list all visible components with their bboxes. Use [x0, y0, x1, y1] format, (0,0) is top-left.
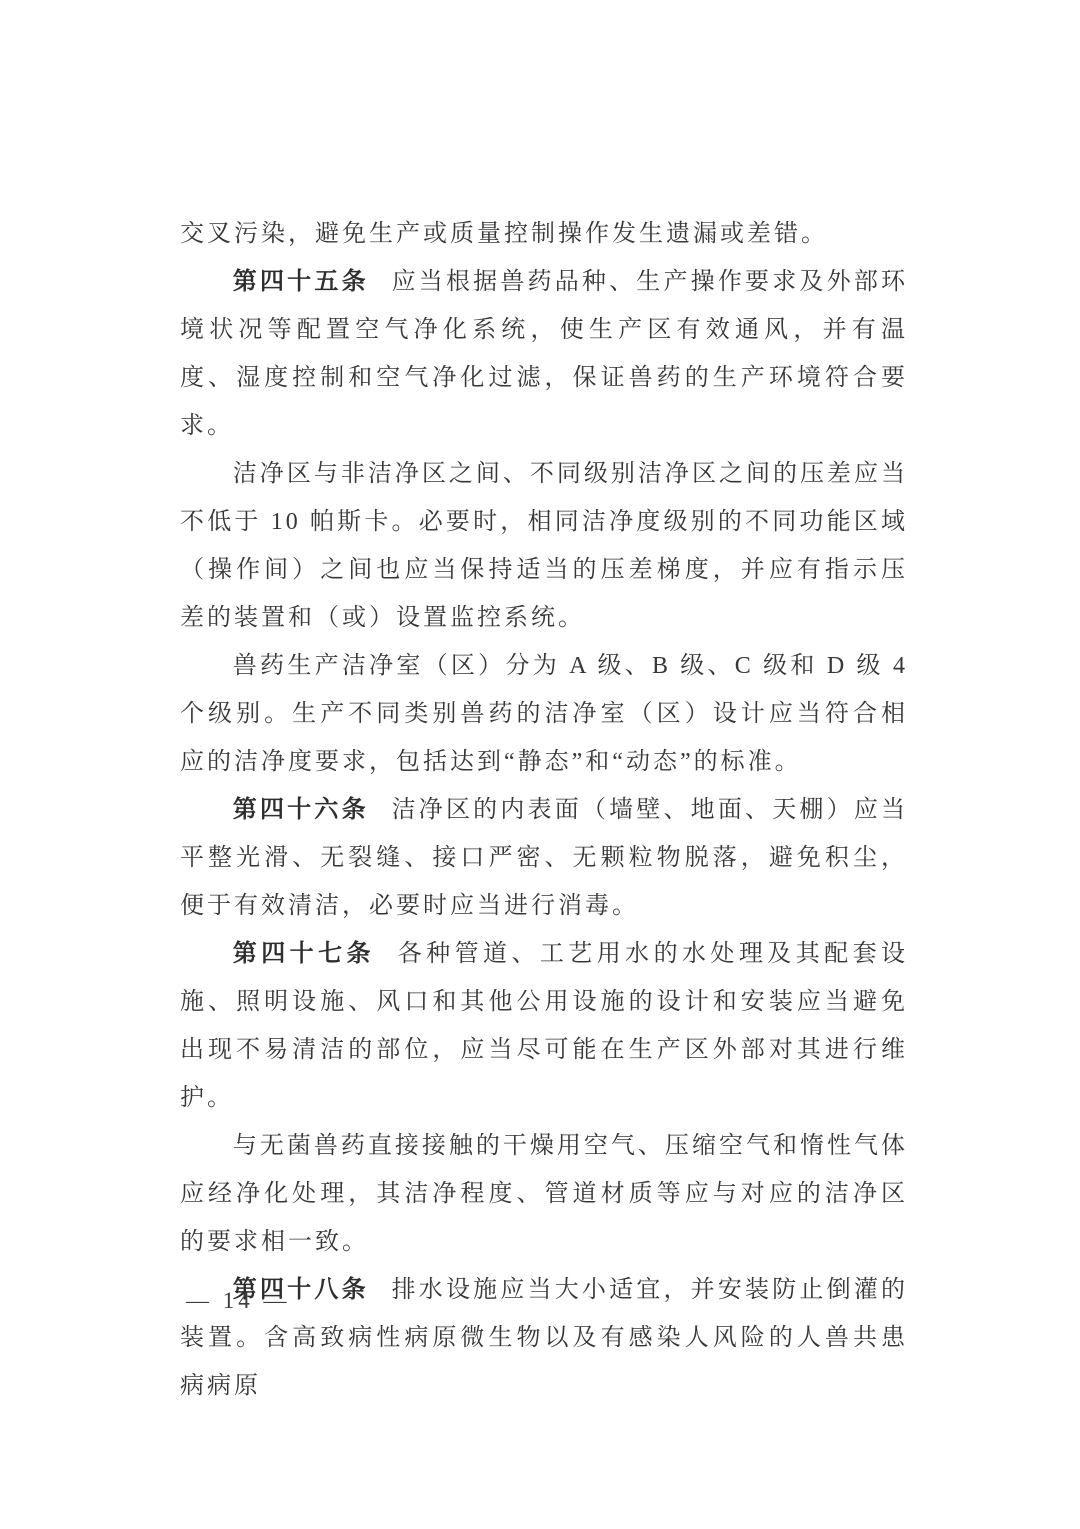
document-page: 交叉污染，避免生产或质量控制操作发生遗漏或差错。第四十五条应当根据兽药品种、生产… [0, 0, 1080, 1529]
paragraph-text: 交叉污染，避免生产或质量控制操作发生遗漏或差错。 [180, 221, 828, 247]
paragraph: 兽药生产洁净室（区）分为 A 级、B 级、C 级和 D 级 4 个级别。生产不同… [180, 642, 908, 786]
paragraph-text: 兽药生产洁净室（区）分为 A 级、B 级、C 级和 D 级 4 个级别。生产不同… [180, 653, 908, 775]
paragraph: 第四十七条各种管道、工艺用水的水处理及其配套设施、照明设施、风口和其他公用设施的… [180, 930, 908, 1122]
article-heading: 第四十六条 [233, 797, 369, 823]
document-body: 交叉污染，避免生产或质量控制操作发生遗漏或差错。第四十五条应当根据兽药品种、生产… [180, 210, 908, 1410]
paragraph: 第四十六条洁净区的内表面（墙壁、地面、天棚）应当平整光滑、无裂缝、接口严密、无颗… [180, 786, 908, 930]
paragraph-text: 洁净区与非洁净区之间、不同级别洁净区之间的压差应当不低于 10 帕斯卡。必要时，… [180, 461, 908, 631]
article-heading: 第四十七条 [233, 941, 375, 967]
paragraph: 第四十五条应当根据兽药品种、生产操作要求及外部环境状况等配置空气净化系统，使生产… [180, 258, 908, 450]
paragraph: 交叉污染，避免生产或质量控制操作发生遗漏或差错。 [180, 210, 908, 258]
paragraph-text: 与无菌兽药直接接触的干燥用空气、压缩空气和惰性气体应经净化处理，其洁净程度、管道… [180, 1133, 908, 1255]
paragraph: 与无菌兽药直接接触的干燥用空气、压缩空气和惰性气体应经净化处理，其洁净程度、管道… [180, 1122, 908, 1266]
article-heading: 第四十五条 [233, 269, 369, 295]
paragraph: 洁净区与非洁净区之间、不同级别洁净区之间的压差应当不低于 10 帕斯卡。必要时，… [180, 450, 908, 642]
page-number: — 14 — [186, 1284, 291, 1318]
